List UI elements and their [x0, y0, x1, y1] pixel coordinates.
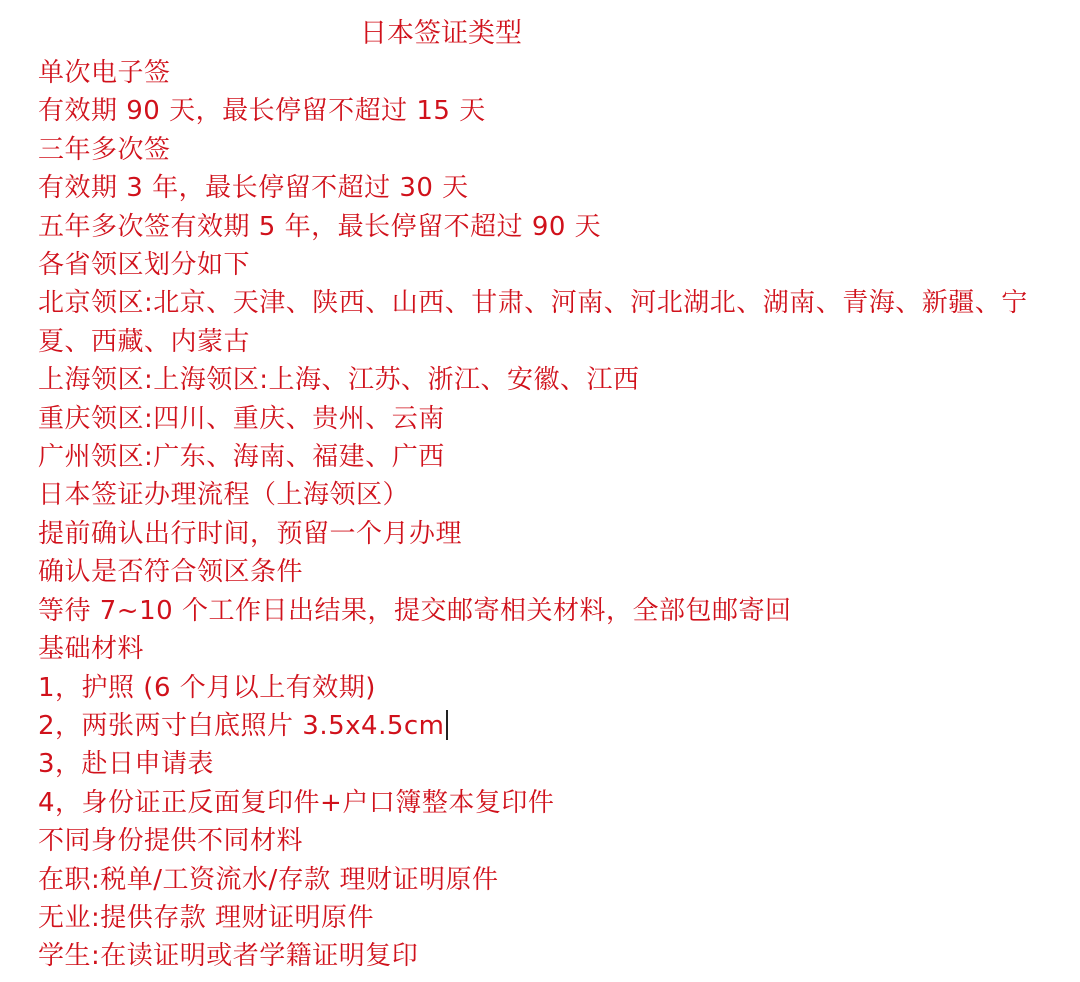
material-application-form: 3，赴日申请表: [38, 745, 1068, 783]
single-validity: 有效期 90 天，最长停留不超过 15 天: [38, 92, 1068, 130]
chongqing-district: 重庆领区:四川、重庆、贵州、云南: [38, 400, 1068, 438]
visa-type-three-year: 三年多次签: [38, 131, 1068, 169]
basic-materials-heading: 基础材料: [38, 630, 1068, 668]
process-step-wait: 等待 7~10 个工作日出结果，提交邮寄相关材料，全部包邮寄回: [38, 592, 1068, 630]
consular-districts-heading: 各省领区划分如下: [38, 246, 1068, 284]
material-photos-row: 2，两张两寸白底照片 3.5x4.5cm: [38, 707, 1068, 745]
shanghai-district: 上海领区:上海领区:上海、江苏、浙江、安徽、江西: [38, 361, 1068, 399]
employed-materials: 在职:税单/工资流水/存款 理财证明原件: [38, 861, 1068, 899]
document-body[interactable]: 单次电子签 有效期 90 天，最长停留不超过 15 天 三年多次签 有效期 3 …: [38, 54, 1068, 976]
identity-materials-heading: 不同身份提供不同材料: [38, 822, 1068, 860]
guangzhou-district: 广州领区:广东、海南、福建、广西: [38, 438, 1068, 476]
material-photos: 2，两张两寸白底照片 3.5x4.5cm: [38, 711, 445, 741]
visa-type-single: 单次电子签: [38, 54, 1068, 92]
five-year-validity: 五年多次签有效期 5 年，最长停留不超过 90 天: [38, 208, 1068, 246]
text-caret: [446, 710, 448, 740]
material-passport: 1，护照 (6 个月以上有效期): [38, 669, 1068, 707]
document-title: 日本签证类型: [360, 16, 522, 52]
unemployed-materials: 无业:提供存款 理财证明原件: [38, 899, 1068, 937]
beijing-district: 北京领区:北京、天津、陕西、山西、甘肃、河南、河北湖北、湖南、青海、新疆、宁夏、…: [38, 284, 1068, 361]
material-id-copies: 4，身份证正反面复印件+户口簿整本复印件: [38, 784, 1068, 822]
student-materials: 学生:在读证明或者学籍证明复印: [38, 937, 1068, 975]
three-year-validity: 有效期 3 年，最长停留不超过 30 天: [38, 169, 1068, 207]
process-heading: 日本签证办理流程（上海领区）: [38, 476, 1068, 514]
process-step-confirm-district: 确认是否符合领区条件: [38, 553, 1068, 591]
process-step-confirm-time: 提前确认出行时间，预留一个月办理: [38, 515, 1068, 553]
